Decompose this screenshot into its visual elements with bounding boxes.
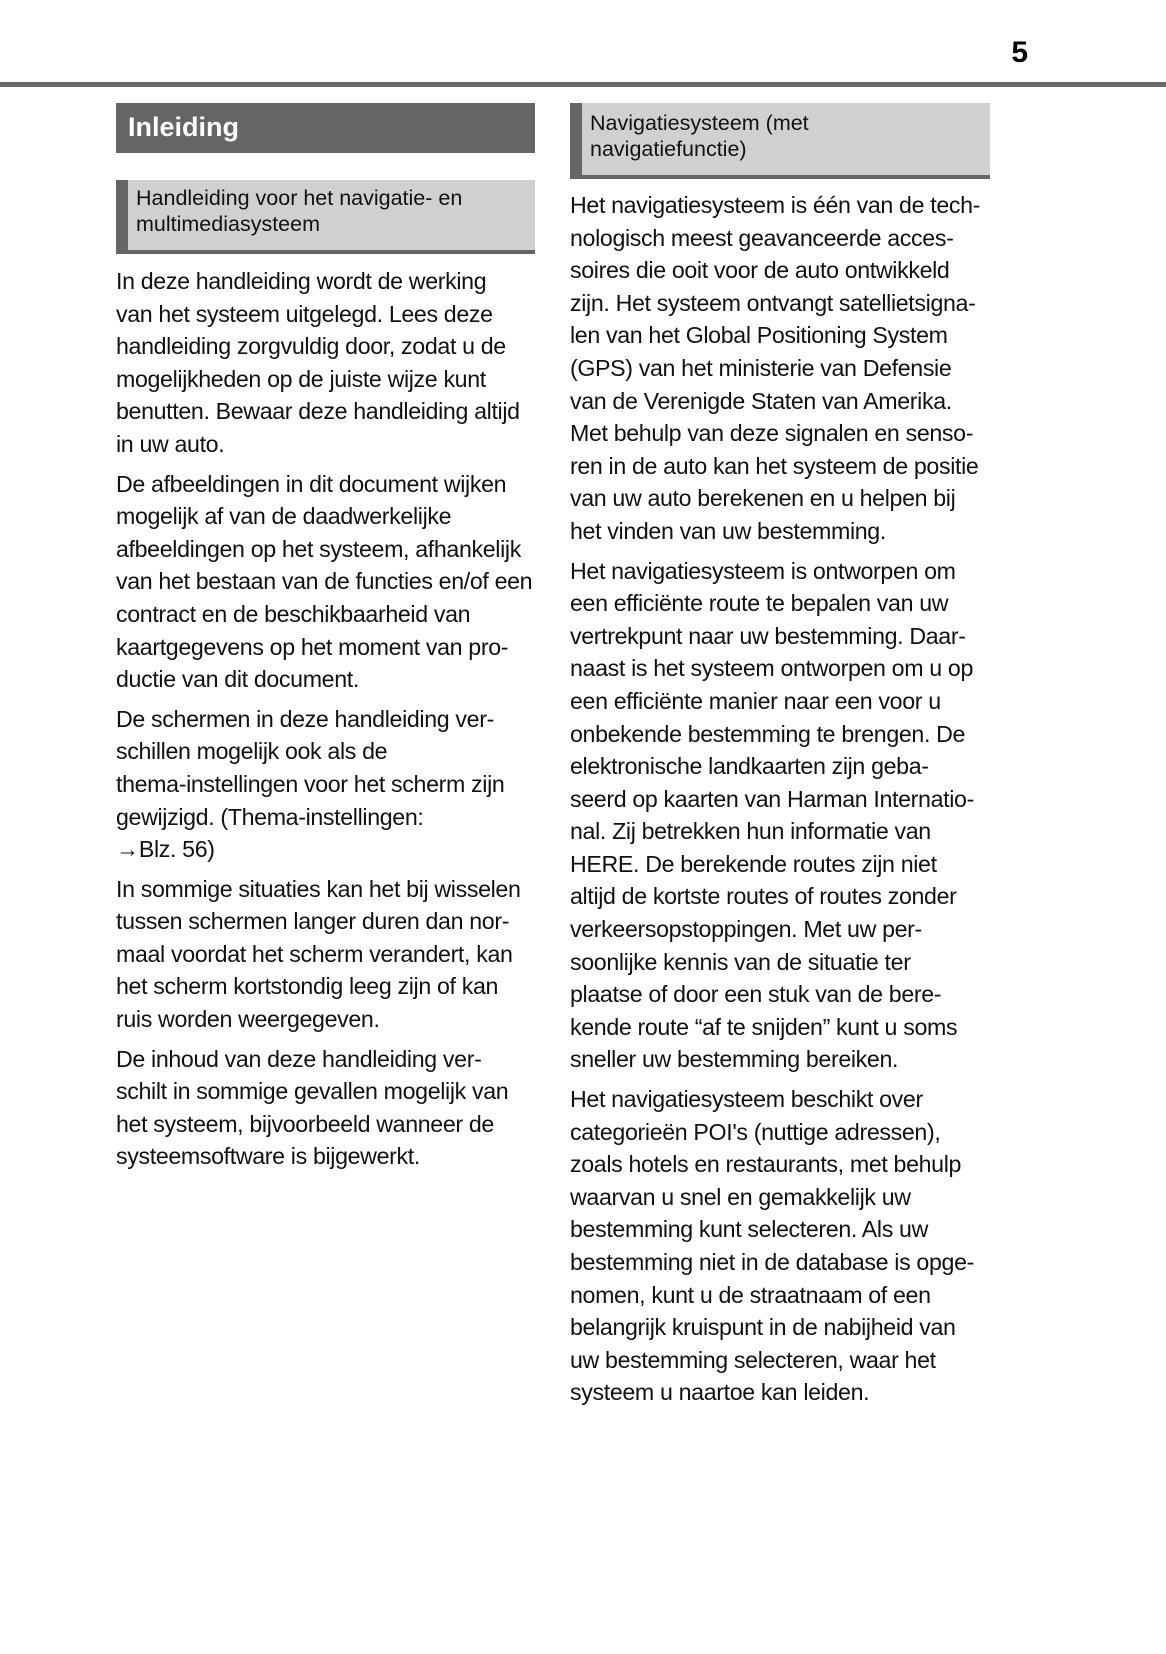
text-line: het scherm kortstondig leeg zijn of kan bbox=[116, 970, 535, 1003]
text-line: nomen, kunt u de straatnaam of een bbox=[570, 1279, 990, 1312]
sub-heading-line: navigatiefunctie) bbox=[590, 136, 982, 162]
paragraph: Het navigatiesysteem beschikt over categ… bbox=[570, 1083, 990, 1409]
sub-heading-line: Handleiding voor het navigatie- en bbox=[136, 185, 527, 211]
text-line: naast is het systeem ontworpen om u op bbox=[570, 652, 990, 685]
text-line: vertrekpunt naar uw bestemming. Daar- bbox=[570, 620, 990, 653]
text-line: De afbeeldingen in dit document wijken bbox=[116, 468, 535, 501]
text-line: van de Verenigde Staten van Amerika. bbox=[570, 385, 990, 418]
text-line: uw bestemming selecteren, waar het bbox=[570, 1344, 990, 1377]
section-heading: Inleiding bbox=[116, 103, 535, 153]
text-line: nologisch meest geavanceerde acces- bbox=[570, 222, 990, 255]
right-body-text: Het navigatiesysteem is één van de tech-… bbox=[570, 189, 990, 1409]
text-line: zoals hotels en restaurants, met behulp bbox=[570, 1148, 990, 1181]
paragraph: De inhoud van deze handleiding ver- schi… bbox=[116, 1043, 535, 1173]
text-line: schilt in sommige gevallen mogelijk van bbox=[116, 1075, 535, 1108]
text-line: kende route “af te snijden” kunt u soms bbox=[570, 1011, 990, 1044]
text-line: bestemming niet in de database is opge- bbox=[570, 1246, 990, 1279]
text-line: mogelijkheden op de juiste wijze kunt bbox=[116, 363, 535, 396]
text-line: len van het Global Positioning System bbox=[570, 319, 990, 352]
text-line: belangrijk kruispunt in de nabijheid van bbox=[570, 1311, 990, 1344]
text-line: van uw auto berekenen en u helpen bij bbox=[570, 482, 990, 515]
text-line: van het systeem uitgelegd. Lees deze bbox=[116, 298, 535, 331]
paragraph: In sommige situaties kan het bij wissele… bbox=[116, 873, 535, 1036]
sub-heading-line: multimediasysteem bbox=[136, 211, 527, 237]
text-line: sneller uw bestemming bereiken. bbox=[570, 1043, 990, 1076]
text-line: Met behulp van deze signalen en senso- bbox=[570, 417, 990, 450]
text-line: verkeersopstoppingen. Met uw per- bbox=[570, 913, 990, 946]
text-line: categorieën POI's (nuttige adressen), bbox=[570, 1116, 990, 1149]
sub-heading-manual: Handleiding voor het navigatie- en multi… bbox=[116, 180, 535, 254]
text-line: De schermen in deze handleiding ver- bbox=[116, 703, 535, 736]
paragraph: Het navigatiesysteem is één van de tech-… bbox=[570, 189, 990, 548]
text-line: ductie van dit document. bbox=[116, 663, 535, 696]
paragraph: De afbeeldingen in dit document wijken m… bbox=[116, 468, 535, 696]
sub-heading-navigation-system: Navigatiesysteem (met navigatiefunctie) bbox=[570, 103, 990, 179]
text-line: het vinden van uw bestemming. bbox=[570, 515, 990, 548]
text-line: gewijzigd. (Thema-instellingen: bbox=[116, 801, 535, 834]
text-line: een efficiënte manier naar een voor u bbox=[570, 685, 990, 718]
text-line: Het navigatiesysteem beschikt over bbox=[570, 1083, 990, 1116]
text-line: handleiding zorgvuldig door, zodat u de bbox=[116, 330, 535, 363]
text-line: ruis worden weergegeven. bbox=[116, 1003, 535, 1036]
text-line: seerd op kaarten van Harman Internatio- bbox=[570, 783, 990, 816]
text-line: nal. Zij betrekken hun informatie van bbox=[570, 815, 990, 848]
text-line: waarvan u snel en gemakkelijk uw bbox=[570, 1181, 990, 1214]
right-column: Navigatiesysteem (met navigatiefunctie) … bbox=[570, 103, 990, 1416]
text-line: soonlijke kennis van de situatie ter bbox=[570, 946, 990, 979]
text-line: In sommige situaties kan het bij wissele… bbox=[116, 873, 535, 906]
text-line: (GPS) van het ministerie van Defensie bbox=[570, 352, 990, 385]
left-column: Inleiding Handleiding voor het navigatie… bbox=[116, 103, 535, 1180]
text-line: systeemsoftware is bijgewerkt. bbox=[116, 1140, 535, 1173]
text-line: van het bestaan van de functies en/of ee… bbox=[116, 565, 535, 598]
text-line: het systeem, bijvoorbeeld wanneer de bbox=[116, 1108, 535, 1141]
text-line: schillen mogelijk ook als de bbox=[116, 735, 535, 768]
paragraph: De schermen in deze handleiding ver- sch… bbox=[116, 703, 535, 866]
text-line: thema-instellingen voor het scherm zijn bbox=[116, 768, 535, 801]
text-line: maal voordat het scherm verandert, kan bbox=[116, 938, 535, 971]
text-line: ren in de auto kan het systeem de positi… bbox=[570, 450, 990, 483]
text-line: elektronische landkaarten zijn geba- bbox=[570, 750, 990, 783]
text-line: De inhoud van deze handleiding ver- bbox=[116, 1043, 535, 1076]
text-line: afbeeldingen op het systeem, afhankelijk bbox=[116, 533, 535, 566]
text-line: Het navigatiesysteem is één van de tech- bbox=[570, 189, 990, 222]
paragraph: In deze handleiding wordt de werking van… bbox=[116, 265, 535, 461]
sub-heading-line: Navigatiesysteem (met bbox=[590, 110, 982, 136]
text-line: benutten. Bewaar deze handleiding altijd bbox=[116, 395, 535, 428]
text-line: HERE. De berekende routes zijn niet bbox=[570, 848, 990, 881]
text-line: kaartgegevens op het moment van pro- bbox=[116, 631, 535, 664]
text-line: mogelijk af van de daadwerkelijke bbox=[116, 500, 535, 533]
text-line: soires die ooit voor de auto ontwikkeld bbox=[570, 254, 990, 287]
page-number: 5 bbox=[998, 36, 1028, 70]
text-line: zijn. Het systeem ontvangt satellietsign… bbox=[570, 287, 990, 320]
text-line: contract en de beschikbaarheid van bbox=[116, 598, 535, 631]
text-line: onbekende bestemming te brengen. De bbox=[570, 718, 990, 751]
header-rule bbox=[0, 82, 1166, 87]
paragraph: Het navigatiesysteem is ontworpen om een… bbox=[570, 555, 990, 1077]
text-line: bestemming kunt selecteren. Als uw bbox=[570, 1213, 990, 1246]
text-line: systeem u naartoe kan leiden. bbox=[570, 1376, 990, 1409]
left-body-text: In deze handleiding wordt de werking van… bbox=[116, 265, 535, 1173]
page-reference-link[interactable]: →Blz. 56) bbox=[116, 833, 535, 866]
text-line: plaatse of door een stuk van de bere- bbox=[570, 978, 990, 1011]
text-line: altijd de kortste routes of routes zonde… bbox=[570, 880, 990, 913]
text-line: tussen schermen langer duren dan nor- bbox=[116, 905, 535, 938]
text-line: in uw auto. bbox=[116, 428, 535, 461]
text-line: een efficiënte route te bepalen van uw bbox=[570, 587, 990, 620]
text-line: In deze handleiding wordt de werking bbox=[116, 265, 535, 298]
text-line: Het navigatiesysteem is ontworpen om bbox=[570, 555, 990, 588]
